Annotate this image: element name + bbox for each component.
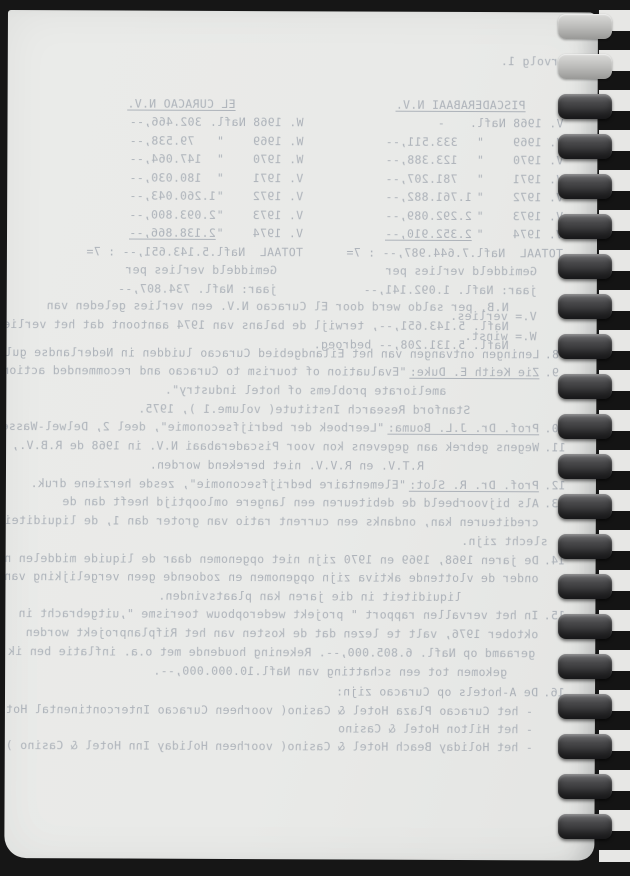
binding-tooth <box>558 694 612 719</box>
binding-tooth <box>558 174 612 199</box>
binding-tooth <box>558 334 612 359</box>
footnote-text: oktober 1976, valt te lezen dat de koste… <box>25 625 538 642</box>
table-left-header: PISCADERABAAI N.V. <box>396 98 526 114</box>
binding-tooth <box>558 574 612 599</box>
binding-tooth <box>558 494 612 519</box>
binding-tooth <box>558 134 612 159</box>
footnote-text: In het vervallen rapport " projekt weder… <box>18 606 538 623</box>
footnote-reference-name: Zie Keith E. Duke: <box>409 365 539 381</box>
table-row-amount: 1.761.882,-- <box>385 190 497 205</box>
footnote-text: Leningen ontvangen van het Eilandgebied … <box>4 345 539 362</box>
document-content: vervolg 1. 7. PISCADERABAAI N.V. EL CURA… <box>4 10 598 861</box>
footnote-text: "Elementaire bedrijfseconomie", zesde he… <box>30 476 406 493</box>
table-left-average-label: Gemiddeld verlies per <box>385 264 537 280</box>
footnote-text: Als bijvoorbeeld de debiteuren een lange… <box>62 494 539 511</box>
footnote-text: De jaren 1968, 1969 en 1970 zijn niet op… <box>4 551 538 568</box>
table-row-amount: 302.466,-- <box>129 115 241 130</box>
hotel-list-item: - het Curacao Plaza Hotel & Casino( voor… <box>4 702 533 720</box>
footnote-reference-name: Prof. Dr. R. Slot: <box>409 478 539 494</box>
nb-line-2: Nafl. 5.143.651,--, terwijl de balans va… <box>4 317 508 334</box>
footnote-text: "Evaluation of tourism to Curacao and re… <box>4 363 406 380</box>
footnote-text: slecht zijn. <box>461 534 548 549</box>
table-row-amount: 781.207,-- <box>385 172 497 187</box>
binding-tooth <box>558 414 612 439</box>
binding-tooth <box>558 254 612 279</box>
binding-tooth <box>558 454 612 479</box>
binding-tooth <box>558 614 612 639</box>
scan-background: vervolg 1. 7. PISCADERABAAI N.V. EL CURA… <box>0 0 630 876</box>
footnote-text: "Leerboek der bedrijfseconomie", deel 2,… <box>4 419 384 436</box>
mirrored-show-through-layer: vervolg 1. 7. PISCADERABAAI N.V. EL CURA… <box>4 10 598 861</box>
footnote-text: onder de vlottende aktiva zijn opgenomen… <box>4 569 538 586</box>
footnote-text: gekomen tot een schatting van Nafl.10.00… <box>153 664 507 681</box>
footnote-text: De A-hotels op Curacao zijn: <box>336 684 538 700</box>
table-row-amount: 147.064,-- <box>129 152 241 167</box>
table-row-amount: 79.538,-- <box>129 134 241 149</box>
binding-tooth <box>558 94 612 119</box>
footnote-text: R.T.V. en R.V.V. niet berekend worden. <box>149 458 424 474</box>
table-row-amount: - <box>437 116 497 131</box>
table-left-total: TOTAAL Nafl.7.644.987,-- : 7= <box>346 245 563 261</box>
binding-tooth <box>558 14 612 39</box>
hotel-list-item: - het Holiday Beach Hotel & Casino( voor… <box>5 738 532 755</box>
footnote-text: liquiditeit in die jaren kan plaatsvinde… <box>158 589 461 605</box>
table-right-average-label: Gemiddeld verlies per <box>125 263 277 279</box>
binding-tooth <box>558 814 612 839</box>
comb-binding <box>558 14 612 839</box>
binding-tooth <box>558 774 612 799</box>
table-row-amount: 1.260.043,-- <box>129 189 241 204</box>
footnote-text: Stanford Research Institute( volume.1 ),… <box>138 402 470 418</box>
binding-tooth <box>558 534 612 559</box>
nb-line-1: N.B. per saldo werd door El Curacao N.V.… <box>46 298 508 315</box>
footnote-text: geraamd op Nafl. 6.805.000,--. Rekening … <box>8 644 535 661</box>
footnote-text: crediteuren kan, ondanks een current rat… <box>4 513 539 530</box>
binding-tooth <box>558 54 612 79</box>
table-row-amount: 333.511,-- <box>385 135 497 150</box>
table-left-average-value: jaar: Nafl. 1.092.141,-- <box>363 283 536 299</box>
table-right-header: EL CURACAO N.V. <box>127 97 235 112</box>
binding-tooth <box>558 654 612 679</box>
hotel-list-item: - het Hilton Hotel & Casino <box>338 721 533 737</box>
table-row-amount-underlined: 2.138.866,-- <box>129 226 241 241</box>
table-row-amount: 180.030,-- <box>129 171 241 186</box>
footnote-reference-name: Prof. Dr. J.L. Bouma: <box>387 421 539 437</box>
binding-tooth <box>558 734 612 759</box>
table-row-amount: 123.388,-- <box>385 153 497 168</box>
table-row-amount-underlined: 2.352.910,-- <box>385 227 497 242</box>
table-right-average-value: jaar: Nafl. 734.807,-- <box>118 281 277 297</box>
table-row-amount: 2.292.089,-- <box>385 209 497 224</box>
footnote-text: ameliorate problems of hotel industry". <box>165 383 447 399</box>
binding-tooth <box>558 214 612 239</box>
table-row-amount: 2.093.800,-- <box>129 208 241 223</box>
binding-tooth <box>558 374 612 399</box>
binding-tooth <box>558 294 612 319</box>
document-page: vervolg 1. 7. PISCADERABAAI N.V. EL CURA… <box>4 10 598 861</box>
table-right-total: TOTAAL Nafl.5.143.651,-- : 7= <box>86 244 303 260</box>
footnote-text: Wegens gebrek aan gegevens kon voor Pisc… <box>12 438 539 455</box>
